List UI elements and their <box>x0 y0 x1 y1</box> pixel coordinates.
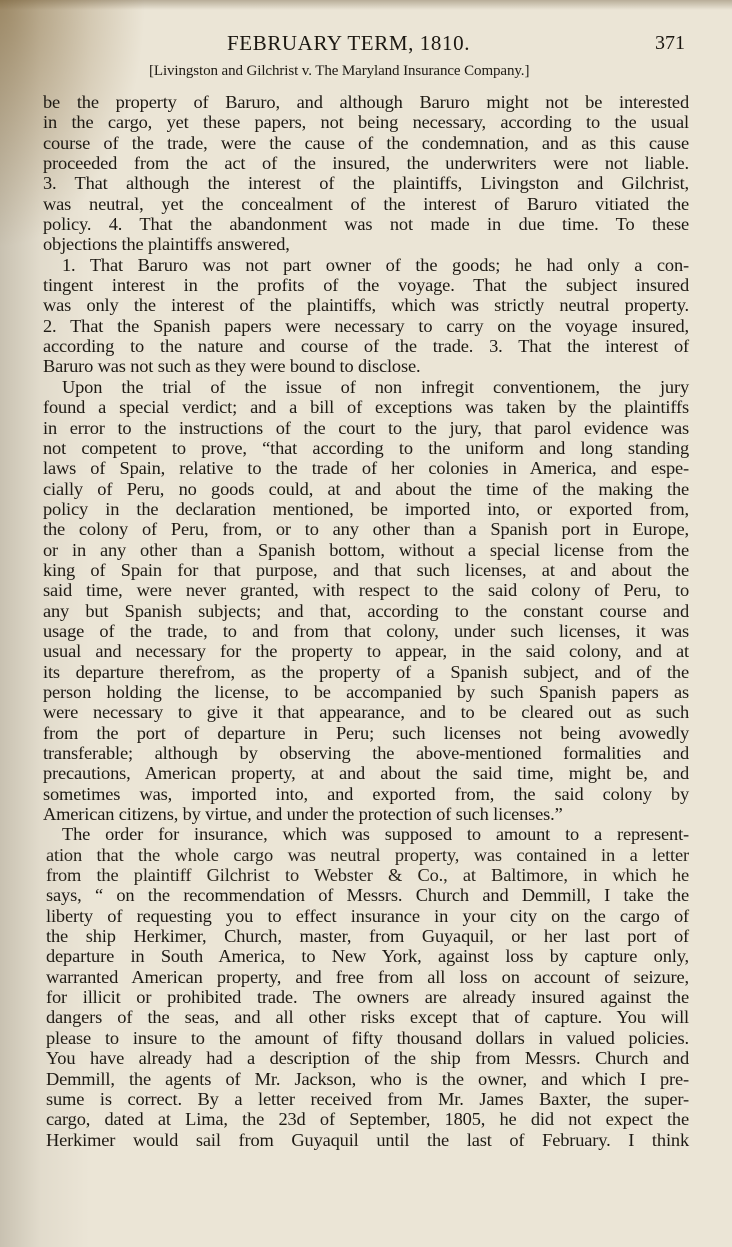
text-line: was only the interest of the plaintiffs,… <box>43 295 689 315</box>
text-line: found a special verdict; and a bill of e… <box>43 397 689 417</box>
text-line: was neutral, yet the concealment of the … <box>43 194 689 214</box>
text-line: proceeded from the act of the insured, t… <box>43 153 689 173</box>
text-line: transferable; although by observing the … <box>43 743 689 763</box>
text-line: from the plaintiff Gilchrist to Webster … <box>43 865 689 885</box>
book-page: FEBRUARY TERM, 1810. 371 [Livingston and… <box>0 0 732 1247</box>
text-line: were necessary to give it that appearanc… <box>43 702 689 722</box>
text-line: policy in the declaration mentioned, be … <box>43 499 689 519</box>
text-line: usual and necessary for the property to … <box>43 641 689 661</box>
text-line: its departure therefrom, as the property… <box>43 662 689 682</box>
text-line: in the cargo, yet these papers, not bein… <box>43 112 689 132</box>
text-line: Herkimer would sail from Guyaquil until … <box>43 1130 689 1150</box>
text-line: for illicit or prohibited trade. The own… <box>43 987 689 1007</box>
case-caption: [Livingston and Gilchrist v. The Marylan… <box>149 63 529 80</box>
text-line: Demmill, the agents of Mr. Jackson, who … <box>43 1069 689 1089</box>
text-line: 1. That Baruro was not part owner of the… <box>43 255 689 275</box>
text-line: or in any other than a Spanish bottom, w… <box>43 540 689 560</box>
text-line: king of Spain for that purpose, and that… <box>43 560 689 580</box>
text-line: The order for insurance, which was suppo… <box>43 824 689 844</box>
text-line: dangers of the seas, and all other risks… <box>43 1007 689 1027</box>
text-line: precautions, American property, at and a… <box>43 763 689 783</box>
text-line: in error to the instructions of the cour… <box>43 418 689 438</box>
text-line: Baruro was not such as they were bound t… <box>43 356 689 376</box>
text-line: sume is correct. By a letter received fr… <box>43 1089 689 1109</box>
text-line: the colony of Peru, from, or to any othe… <box>43 519 689 539</box>
text-line: from the port of departure in Peru; such… <box>43 723 689 743</box>
text-line: not competent to prove, “that according … <box>43 438 689 458</box>
text-line: according to the nature and course of th… <box>43 336 689 356</box>
text-line: cially of Peru, no goods could, at and a… <box>43 479 689 499</box>
text-line: course of the trade, were the cause of t… <box>43 133 689 153</box>
text-line: be the property of Baruro, and although … <box>43 92 689 112</box>
text-line: departure in South America, to New York,… <box>43 946 689 966</box>
text-line: says, “ on the recommendation of Messrs.… <box>43 885 689 905</box>
text-line: sometimes was, imported into, and export… <box>43 784 689 804</box>
text-line: warranted American property, and free fr… <box>43 967 689 987</box>
text-line: cargo, dated at Lima, the 23d of Septemb… <box>43 1109 689 1129</box>
text-line: usage of the trade, to and from that col… <box>43 621 689 641</box>
text-line: You have already had a description of th… <box>43 1048 689 1068</box>
page-number: 371 <box>655 32 685 55</box>
text-line: please to insure to the amount of fifty … <box>43 1028 689 1048</box>
text-line: said time, were never granted, with resp… <box>43 580 689 600</box>
text-line: any but Spanish subjects; and that, acco… <box>43 601 689 621</box>
text-line: objections the plaintiffs answered, <box>43 234 689 254</box>
text-line: policy. 4. That the abandonment was not … <box>43 214 689 234</box>
running-head: FEBRUARY TERM, 1810. 371 <box>0 31 732 61</box>
body-text: be the property of Baruro, and although … <box>43 92 689 1150</box>
text-line: liberty of requesting you to effect insu… <box>43 906 689 926</box>
text-line: laws of Spain, relative to the trade of … <box>43 458 689 478</box>
text-line: 3. That although the interest of the pla… <box>43 173 689 193</box>
text-line: person holding the license, to be accomp… <box>43 682 689 702</box>
text-line: the ship Herkimer, Church, master, from … <box>43 926 689 946</box>
text-line: 2. That the Spanish papers were necessar… <box>43 316 689 336</box>
text-line: Upon the trial of the issue of non infre… <box>43 377 689 397</box>
text-line: American citizens, by virtue, and under … <box>43 804 689 824</box>
running-title: FEBRUARY TERM, 1810. <box>227 31 470 56</box>
text-line: ation that the whole cargo was neutral p… <box>43 845 689 865</box>
text-line: tingent interest in the profits of the v… <box>43 275 689 295</box>
